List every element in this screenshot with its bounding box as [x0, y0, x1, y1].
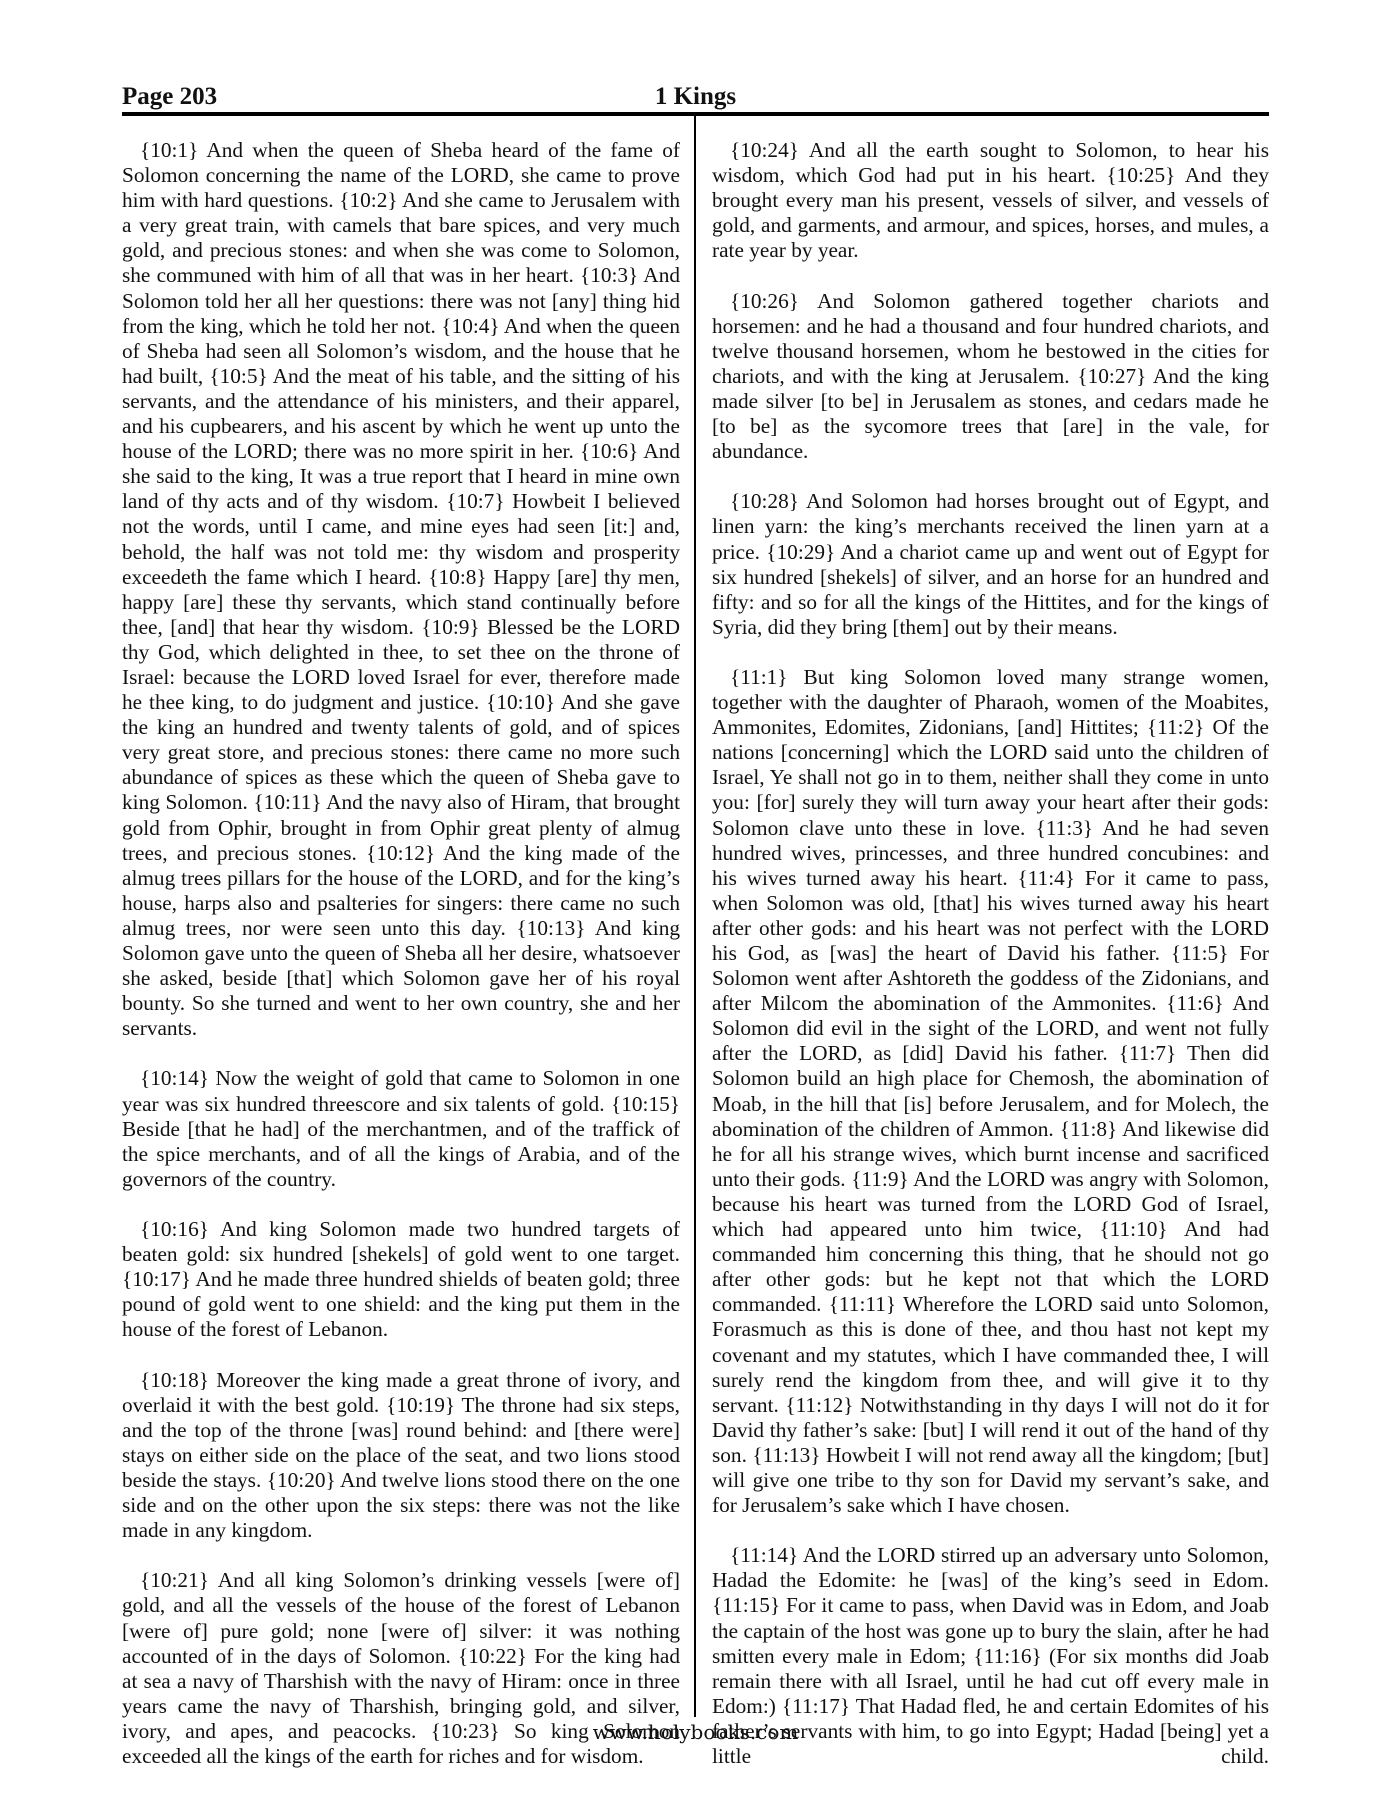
paragraph: {10:1} And when the queen of Sheba heard… [122, 138, 680, 1041]
left-column: {10:1} And when the queen of Sheba heard… [122, 138, 680, 1769]
book-title: 1 Kings [122, 82, 1269, 112]
footer-website: www.holybooks.com [0, 1718, 1391, 1746]
paragraph: {10:16} And king Solomon made two hundre… [122, 1217, 680, 1342]
paragraph: {10:14} Now the weight of gold that came… [122, 1066, 680, 1191]
paragraph: {11:1} But king Solomon loved many stran… [712, 665, 1269, 1518]
paragraph: {10:24} And all the earth sought to Solo… [712, 138, 1269, 263]
column-divider [694, 115, 696, 1717]
paragraph: {10:28} And Solomon had horses brought o… [712, 489, 1269, 640]
paragraph: {10:18} Moreover the king made a great t… [122, 1368, 680, 1544]
page-header: Page 203 1 Kings [122, 82, 1269, 112]
right-column: {10:24} And all the earth sought to Solo… [712, 138, 1269, 1769]
paragraph: {10:26} And Solomon gathered together ch… [712, 289, 1269, 465]
